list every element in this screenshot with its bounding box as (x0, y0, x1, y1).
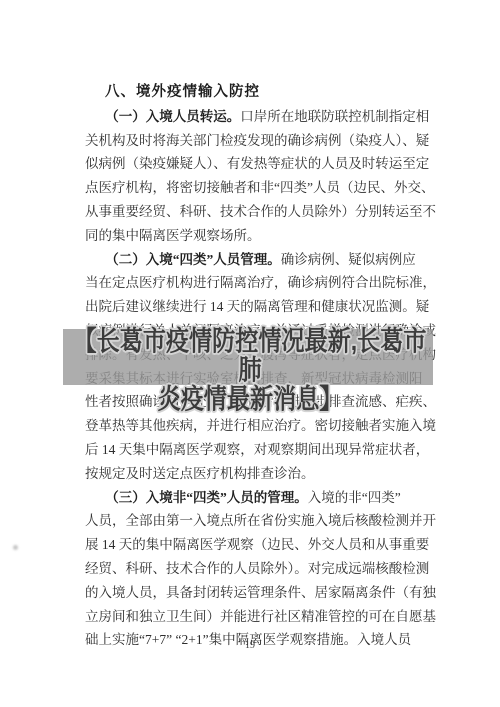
text-line: 展 14 天的集中隔离医学观察（边民、外交人员和从事重要 (85, 533, 437, 557)
text-line: 同的集中隔离医学观察场所。 (85, 224, 437, 248)
text-line: 从事重要经贸、科研、技术合作的人员除外）分别转运至不 (85, 200, 437, 224)
text-line: 经贸、科研、技术合作的人员除外）。对完成远端核酸检测 (85, 557, 437, 581)
text-line: （二）入境“四类”人员管理。确诊病例、疑似病例应 (85, 248, 437, 272)
text-line: 按规定及时送定点医疗机构排查诊治。 (85, 462, 437, 486)
scan-smudge (13, 545, 18, 550)
document-page: 八、境外疫情输入防控 （一）入境人员转运。口岸所在地联防联控机制指定相关机构及时… (0, 0, 500, 707)
text-line: （三）入境非“四类”人员的管理。入境的非“四类” (85, 486, 437, 510)
text-line: 出院后建议继续进行 14 天的隔离管理和健康状况监测。疑 (85, 295, 437, 319)
text-line: 登革热等其他疾病，并进行相应治疗。密切接触者实施入境 (85, 414, 437, 438)
text-line: 点医疗机构，将密切接触者和非“四类”人员（边民、外交、 (85, 176, 437, 200)
overlay-title: 【长葛市疫情防控情况最新,长葛市肺 炎疫情最新消息】 (65, 326, 435, 413)
section-heading: 八、境外疫情输入防控 (85, 81, 437, 105)
page-number: 19 (0, 640, 500, 651)
text-line: 似病例（染疫嫌疑人）、有发热等症状的人员及时转运至定 (85, 152, 437, 176)
overlay-title-line1: 【长葛市疫情防控情况最新,长葛市肺 (65, 326, 435, 384)
text-line: （一）入境人员转运。口岸所在地联防联控机制指定相 (85, 105, 437, 129)
text-line: 当在定点医疗机构进行隔离治疗，确诊病例符合出院标准， (85, 271, 437, 295)
text-line: 的入境人员，具备封闭转运管理条件、居家隔离条件（有独 (85, 581, 437, 605)
text-line: 关机构及时将海关部门检疫发现的确诊病例（染疫人）、疑 (85, 129, 437, 153)
text-line: 立房间和独立卫生间）并能进行社区精准管控的可在自愿基 (85, 605, 437, 629)
overlay-title-line2: 炎疫情最新消息】 (65, 384, 435, 413)
text-line: 后 14 天集中隔离医学观察，对观察期间出现异常症状者， (85, 438, 437, 462)
text-line: 人员，全部由第一入境点所在省份实施入境后核酸检测并开 (85, 509, 437, 533)
